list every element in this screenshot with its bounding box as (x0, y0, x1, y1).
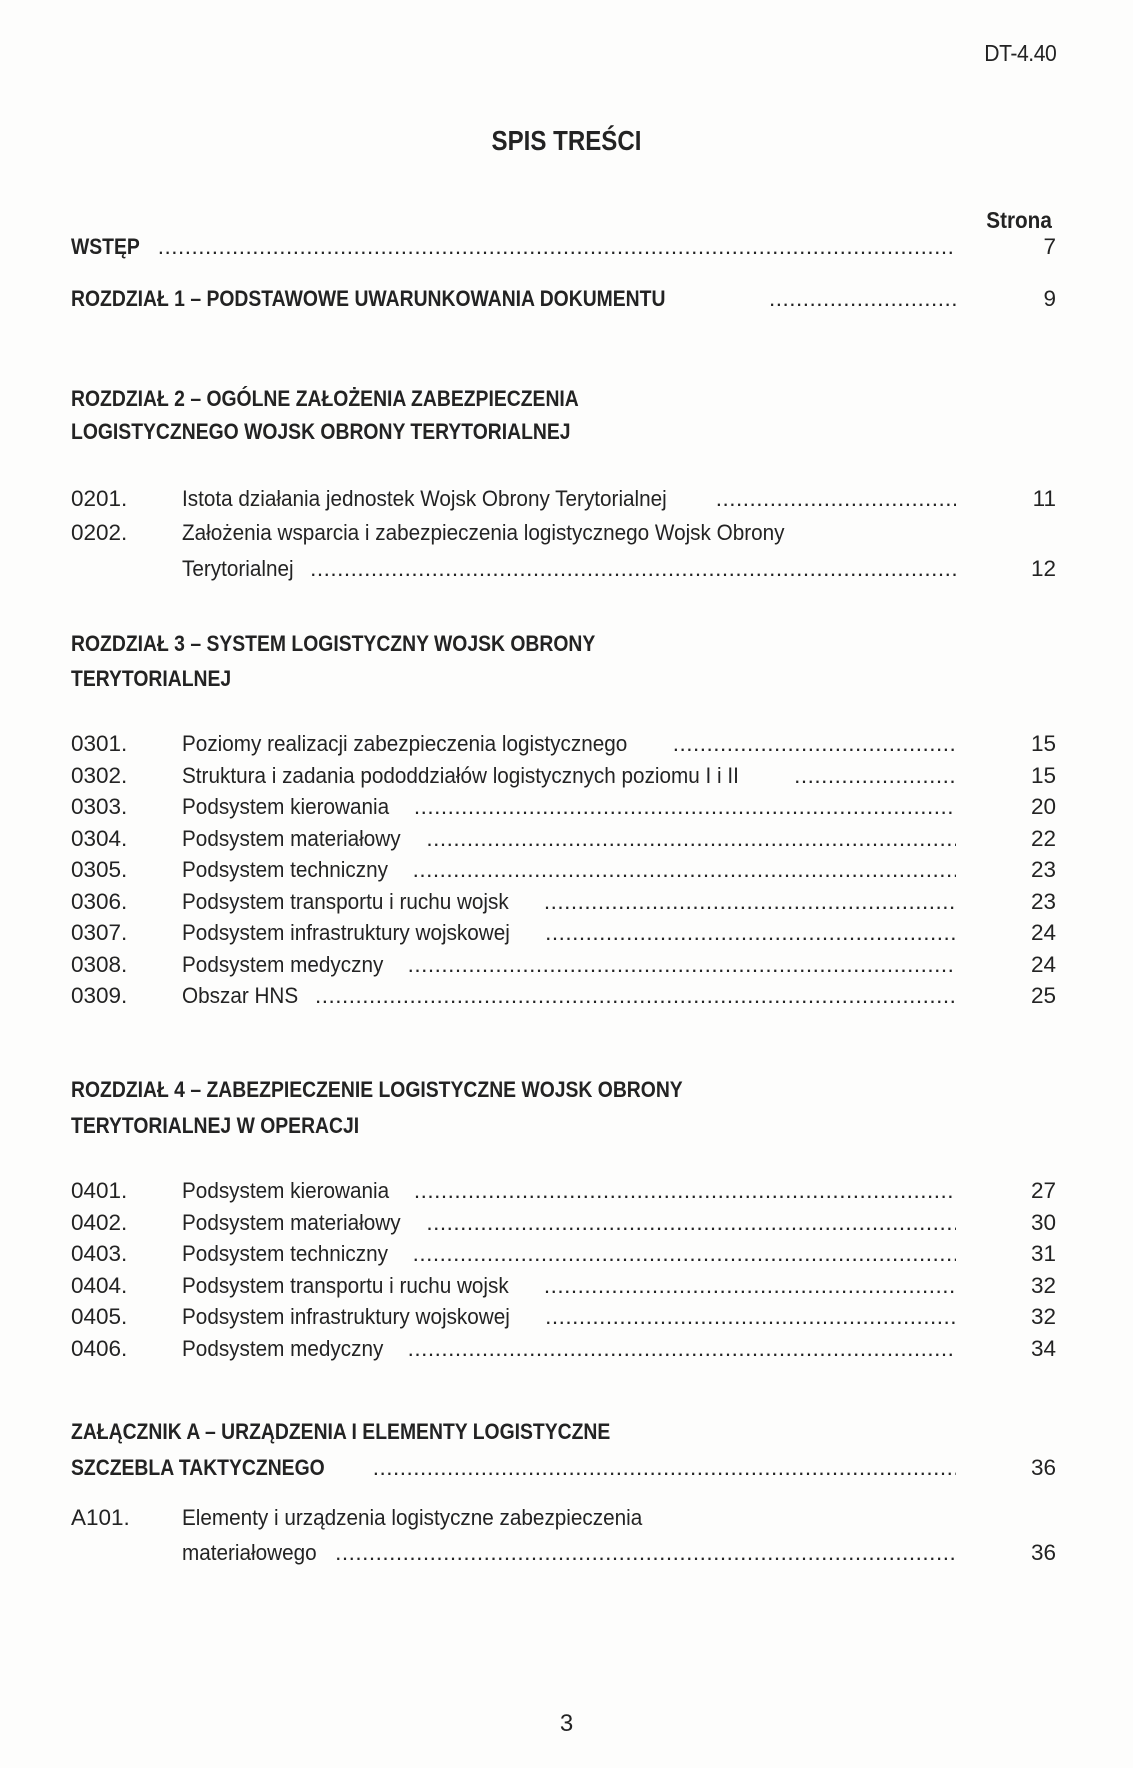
page-ref: 25 (996, 980, 1056, 1012)
toc-chapter-3-heading: ROZDZIAŁ 3 – SYSTEM LOGISTYCZNY WOJSK OB… (71, 628, 1056, 660)
page-ref: 24 (996, 917, 1056, 949)
toc-chapter-2-heading: ROZDZIAŁ 2 – OGÓLNE ZAŁOŻENIA ZABEZPIECZ… (71, 383, 1056, 415)
toc-item-0303[interactable]: 0303.Podsystem kierowania20 (71, 791, 1056, 823)
toc-item-a101[interactable]: A101. Elementy i urządzenia logistyczne … (71, 1502, 1056, 1534)
page-ref: 36 (996, 1452, 1056, 1484)
page-ref: 36 (996, 1537, 1056, 1569)
document-id: DT-4.40 (984, 40, 1056, 67)
page-title: SPIS TREŚCI (79, 125, 1053, 157)
toc-item-0202-cont[interactable]: Terytorialnej 12 (71, 553, 1056, 585)
page-ref: 27 (996, 1175, 1056, 1207)
toc-item-0202[interactable]: 0202. Założenia wsparcia i zabezpieczeni… (71, 517, 1056, 549)
document-page: DT-4.40 SPIS TREŚCI Strona WSTĘP 7 ROZDZ… (0, 0, 1133, 1768)
toc-item-0201[interactable]: 0201. Istota działania jednostek Wojsk O… (71, 483, 1056, 515)
toc-item-0406[interactable]: 0406.Podsystem medyczny34 (71, 1333, 1056, 1365)
page-ref: 22 (996, 823, 1056, 855)
toc-entry-annex-a[interactable]: SZCZEBLA TAKTYCZNEGO 36 (71, 1452, 1056, 1484)
page-ref: 15 (996, 728, 1056, 760)
toc-chapter-3-heading-cont: TERYTORIALNEJ (71, 663, 1056, 695)
page-ref: 23 (996, 854, 1056, 886)
page-ref: 11 (996, 483, 1056, 515)
toc-annex-a-heading: ZAŁĄCZNIK A – URZĄDZENIA I ELEMENTY LOGI… (71, 1416, 1056, 1448)
toc-item-a101-cont[interactable]: materiałowego 36 (71, 1537, 1056, 1569)
page-ref: 23 (996, 886, 1056, 918)
toc-item-0405[interactable]: 0405.Podsystem infrastruktury wojskowej3… (71, 1301, 1056, 1333)
toc-item-0402[interactable]: 0402.Podsystem materiałowy30 (71, 1207, 1056, 1239)
page-ref: 34 (996, 1333, 1056, 1365)
toc-chapter-4-heading: ROZDZIAŁ 4 – ZABEZPIECZENIE LOGISTYCZNE … (71, 1074, 1056, 1106)
page-ref: 15 (996, 760, 1056, 792)
toc-item-0302[interactable]: 0302.Struktura i zadania pododdziałów lo… (71, 760, 1056, 792)
toc-item-0401[interactable]: 0401.Podsystem kierowania27 (71, 1175, 1056, 1207)
page-ref: 12 (996, 553, 1056, 585)
toc-item-0307[interactable]: 0307.Podsystem infrastruktury wojskowej2… (71, 917, 1056, 949)
page-ref: 7 (996, 231, 1056, 263)
page-ref: 31 (996, 1238, 1056, 1270)
toc-chapter-4-heading-cont: TERYTORIALNEJ W OPERACJI (71, 1110, 1056, 1142)
toc-chapter-2-heading-cont: LOGISTYCZNEGO WOJSK OBRONY TERYTORIALNEJ (71, 416, 1056, 448)
page-ref: 32 (996, 1270, 1056, 1302)
page-ref: 30 (996, 1207, 1056, 1239)
page-ref: 9 (996, 283, 1056, 315)
toc-item-0403[interactable]: 0403.Podsystem techniczny31 (71, 1238, 1056, 1270)
page-ref: 20 (996, 791, 1056, 823)
toc-item-0309[interactable]: 0309.Obszar HNS25 (71, 980, 1056, 1012)
page-ref: 32 (996, 1301, 1056, 1333)
page-column-label: Strona (986, 207, 1052, 234)
toc-item-0305[interactable]: 0305.Podsystem techniczny23 (71, 854, 1056, 886)
page-number: 3 (0, 1710, 1133, 1738)
toc-item-0404[interactable]: 0404.Podsystem transportu i ruchu wojsk3… (71, 1270, 1056, 1302)
toc-entry-intro[interactable]: WSTĘP 7 (71, 231, 1056, 263)
toc-item-0308[interactable]: 0308.Podsystem medyczny24 (71, 949, 1056, 981)
toc-item-0306[interactable]: 0306.Podsystem transportu i ruchu wojsk2… (71, 886, 1056, 918)
toc-entry-chapter-1[interactable]: ROZDZIAŁ 1 – PODSTAWOWE UWARUNKOWANIA DO… (71, 283, 1056, 315)
page-ref: 24 (996, 949, 1056, 981)
toc-item-0301[interactable]: 0301.Poziomy realizacji zabezpieczenia l… (71, 728, 1056, 760)
toc-item-0304[interactable]: 0304.Podsystem materiałowy22 (71, 823, 1056, 855)
